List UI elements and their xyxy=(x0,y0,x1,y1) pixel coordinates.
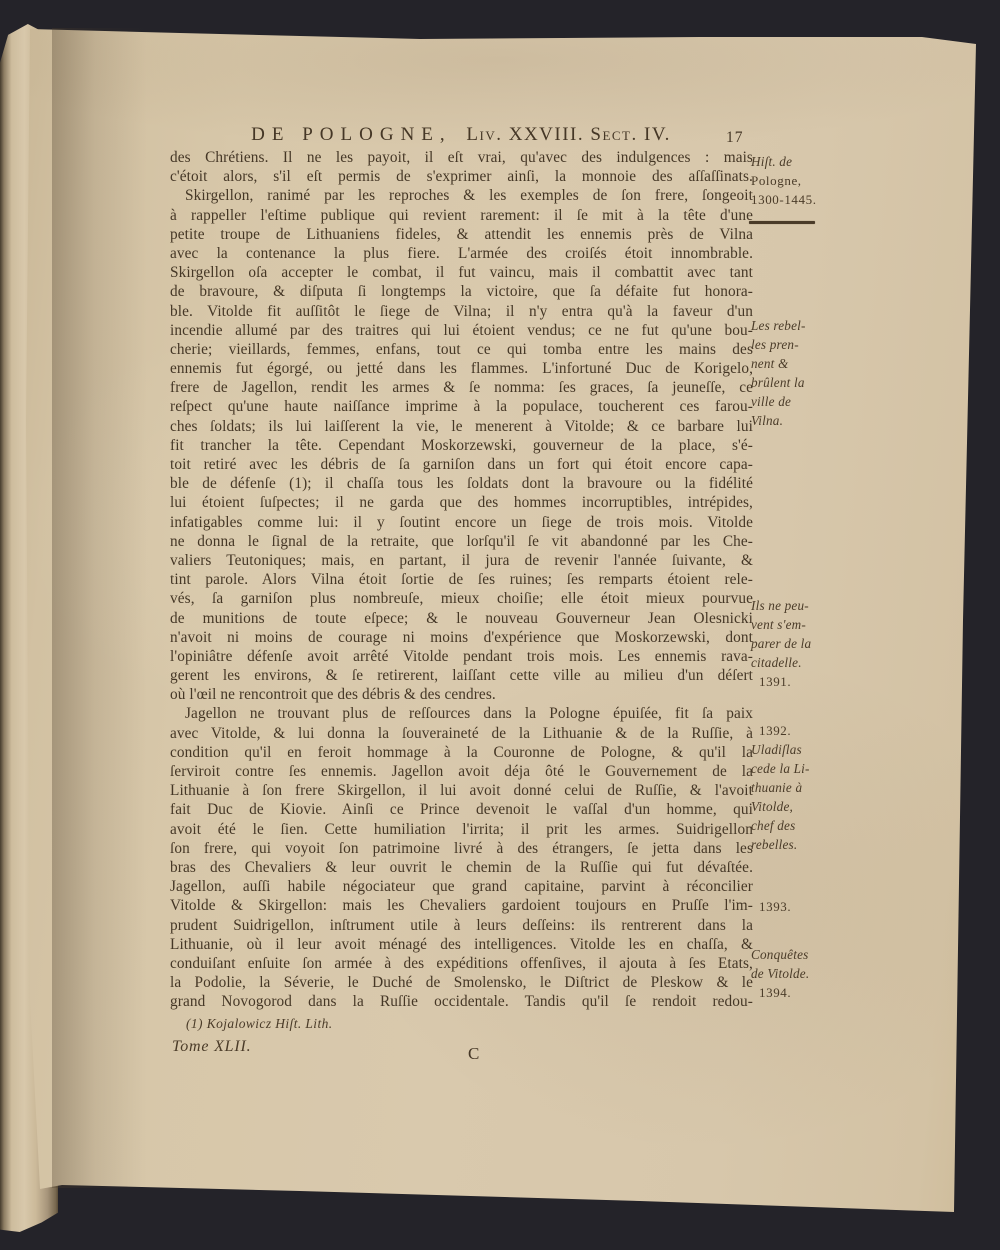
running-head-title: DE POLOGNE, xyxy=(251,124,452,145)
margin-note-line: Ils ne peu- xyxy=(751,596,867,615)
body-text-line: prudent Suidrigellon, inſtrument utile à… xyxy=(170,916,753,935)
margin-note-line: chef des xyxy=(751,816,867,835)
margin-note-line: 1393. xyxy=(751,897,867,916)
margin-note-line: nent & xyxy=(751,354,867,373)
margin-note-line: de Vitolde. xyxy=(751,964,867,983)
running-head: DE POLOGNE, Liv. XXVIII. Sect. IV. xyxy=(168,124,754,146)
margin-note-rule xyxy=(749,221,815,224)
body-text-line: petite troupe de Lithuaniens fideles, & … xyxy=(170,225,753,244)
running-head-reference: Liv. XXVIII. Sect. IV. xyxy=(466,124,670,145)
margin-note-line: Vilna. xyxy=(751,411,867,430)
body-text-line: ne donna le ſignal de la retraite, que l… xyxy=(170,532,753,551)
margin-note-line: Uladiſlas xyxy=(751,740,867,759)
body-text-line: fait Duc de Kiovie. Ainſi ce Prince deve… xyxy=(170,800,753,819)
body-text-line: Lithuanie, où il leur avoit ménagé des i… xyxy=(170,935,753,954)
margin-note-line: Conquêtes xyxy=(751,945,867,964)
body-text-line: ches ſoldats; ils lui laiſſerent la vie,… xyxy=(170,417,753,436)
body-text-line: toit retiré avec les débris de ſa garniſ… xyxy=(170,455,753,474)
margin-note-line: 1394. xyxy=(751,983,867,1002)
margin-note-line: 1300-1445. xyxy=(751,190,867,209)
body-text-line: des Chrétiens. Il ne les payoit, il eſt … xyxy=(170,148,753,167)
body-text-line: condition qu'il en feroit hommage à la C… xyxy=(170,743,753,762)
page-number: 17 xyxy=(726,129,744,147)
body-text-line: l'opiniâtre défenſe avoit arrêté Vitolde… xyxy=(170,647,753,666)
margin-note-line: les pren- xyxy=(751,335,867,354)
body-text-line: n'avoit ni moins de courage ni moins d'e… xyxy=(170,628,753,647)
margin-note-rebels-burn-vilna: Les rebel-les pren-nent &brûlent laville… xyxy=(751,316,867,430)
margin-note-line: vent s'em- xyxy=(751,615,867,634)
body-text-line: avoit été le ſien. Cette humiliation l'i… xyxy=(170,820,753,839)
body-text-line: tint parole. Alors Vilna étoit ſortie de… xyxy=(170,570,753,589)
body-text-line: Lithuanie à ſon frere Skirgellon, il lui… xyxy=(170,781,753,800)
body-text-line: vés, ſa garniſon plus nombreuſe, mieux c… xyxy=(170,589,753,608)
body-text-line: gerent les environs, & ſe retirerent, la… xyxy=(170,666,753,685)
margin-note-line: cede la Li- xyxy=(751,759,867,778)
margin-note-line: Les rebel- xyxy=(751,316,867,335)
body-text-line: grand Novogorod dans la Ruſſie occidenta… xyxy=(170,992,753,1011)
margin-note-line: 1392. xyxy=(751,721,867,740)
body-text-line: à rappeller l'eſtime publique qui revien… xyxy=(170,206,753,225)
body-text-line: Skirgellon oſa accepter le combat, il fu… xyxy=(170,263,753,282)
margin-note-line: Vitolde, xyxy=(751,797,867,816)
margin-note-uladislas-cedes: 1392.Uladiſlascede la Li-thuanie àVitold… xyxy=(751,721,867,854)
margin-note-line: brûlent la xyxy=(751,373,867,392)
body-text-line: ſon frere, qui voyoit ſon patrimoine liv… xyxy=(170,839,753,858)
margin-note-period: Hiſt. dePologne,1300-1445. xyxy=(751,152,867,209)
body-text-line: avec la contenance la plus fiere. L'armé… xyxy=(170,244,753,263)
margin-note-line: citadelle. xyxy=(751,653,867,672)
margin-note-line: Pologne, xyxy=(751,171,867,190)
body-text-line: fit trancher la tête. Cependant Moskorze… xyxy=(170,436,753,455)
margin-note-line: Hiſt. de xyxy=(751,152,867,171)
body-text-line: valiers Teutoniques; mais, en partant, i… xyxy=(170,551,753,570)
body-text-line: frere de Jagellon, rendit les armes & ſe… xyxy=(170,378,753,397)
body-text-line: cherie; vieillards, femmes, enfans, tout… xyxy=(170,340,753,359)
body-text-line: ſerviroit contre ſes ennemis. Jagellon a… xyxy=(170,762,753,781)
body-text-line: infatigables comme lui: il y ſoutint enc… xyxy=(170,513,753,532)
body-text-line: bras des Chevaliers & leur ouvrit le che… xyxy=(170,858,753,877)
signature-mark: C xyxy=(468,1044,479,1064)
body-text-line: Skirgellon, ranimé par les reproches & l… xyxy=(170,186,753,205)
margin-note-line: thuanie à xyxy=(751,778,867,797)
body-text-line: de munitions de toute eſpece; & le nouve… xyxy=(170,609,753,628)
body-text-line: ble de défenſe (1); il chaſſa tous les ſ… xyxy=(170,474,753,493)
margin-note-line: parer de la xyxy=(751,634,867,653)
body-text-line: Vitolde & Skirgellon: mais les Chevalier… xyxy=(170,896,753,915)
margin-note-line: ville de xyxy=(751,392,867,411)
margin-note-line: rebelles. xyxy=(751,835,867,854)
margin-note-year-1393: 1393. xyxy=(751,897,867,916)
margin-note-conquests: Conquêtesde Vitolde.1394. xyxy=(751,945,867,1002)
body-text-line: la Podolie, la Séverie, le Duché de Smol… xyxy=(170,973,753,992)
body-text-line: ennemis fut égorgé, ou jetté dans les fl… xyxy=(170,359,753,378)
margin-note-citadel-holds: Ils ne peu-vent s'em-parer de lacitadell… xyxy=(751,596,867,691)
margin-note-line: 1391. xyxy=(751,672,867,691)
book-scan: DE POLOGNE, Liv. XXVIII. Sect. IV. 17 de… xyxy=(0,0,1000,1250)
volume-label: Tome XLII. xyxy=(172,1038,251,1056)
body-text-line: incendie allumé par des traitres qui lui… xyxy=(170,321,753,340)
body-text-line: avec Vitolde, & lui donna la ſouverainet… xyxy=(170,724,753,743)
body-text-line: Jagellon ne trouvant plus de reſſources … xyxy=(170,704,753,723)
body-text-line: lui étoient ſuſpectes; il ne garda que d… xyxy=(170,493,753,512)
body-text-line: de bravoure, & diſputa ſi longtemps la v… xyxy=(170,282,753,301)
body-text-line: reſpect qu'une haute naiſſance imprime à… xyxy=(170,397,753,416)
body-text: des Chrétiens. Il ne les payoit, il eſt … xyxy=(170,148,753,1011)
body-text-line: où l'œil ne rencontroit que des débris &… xyxy=(170,685,753,704)
body-text-line: ble. Vitolde fit auſſitôt le ſiege de Vi… xyxy=(170,302,753,321)
body-text-line: Jagellon, auſſi habile négociateur que g… xyxy=(170,877,753,896)
body-text-line: conduiſant enſuite ſon armée à des expéd… xyxy=(170,954,753,973)
footnote: (1) Kojalowicz Hiſt. Lith. xyxy=(186,1016,333,1032)
body-text-line: c'étoit alors, s'il eſt permis de s'expr… xyxy=(170,167,753,186)
